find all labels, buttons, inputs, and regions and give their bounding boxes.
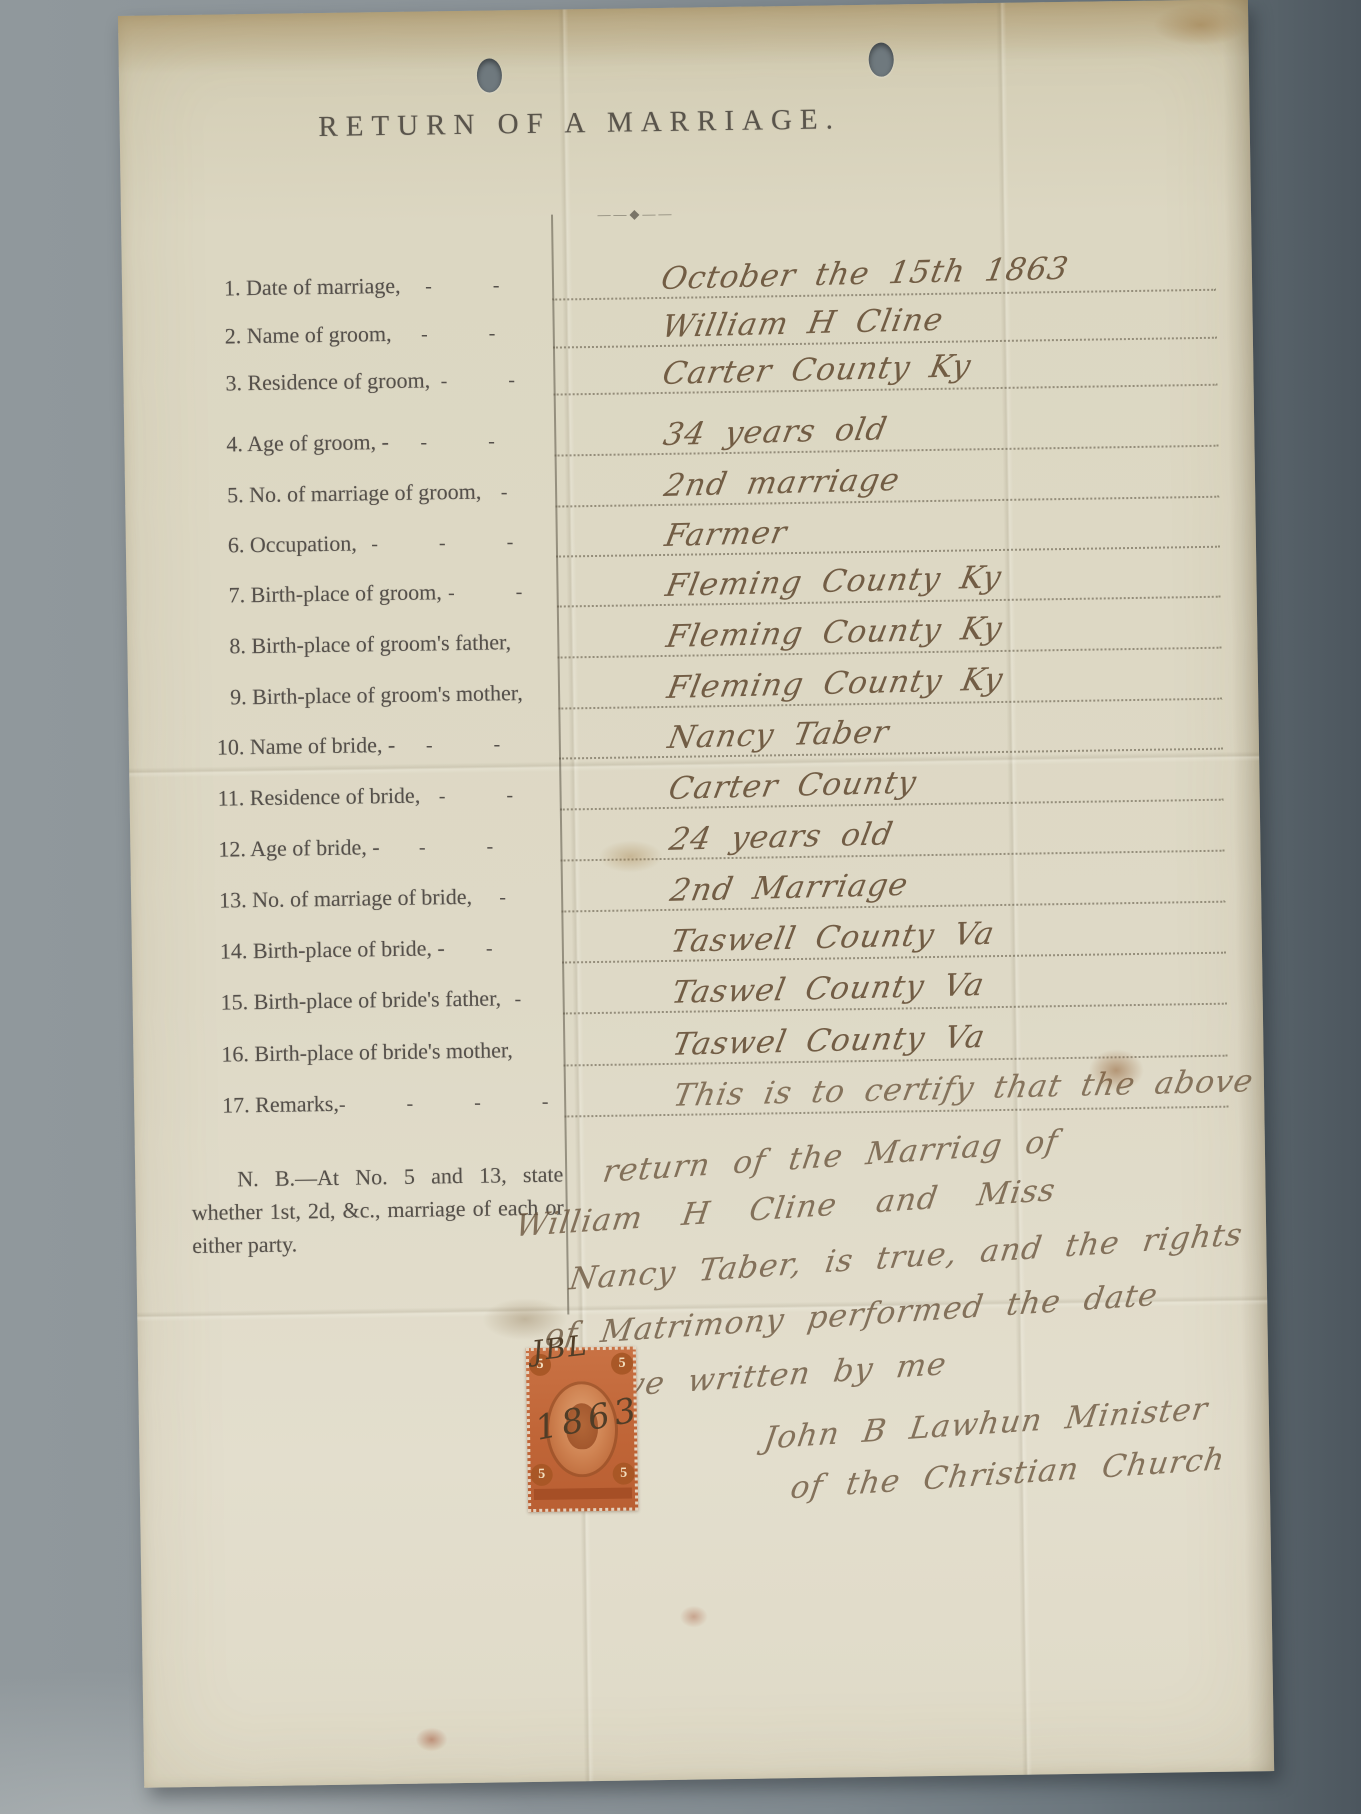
field-label: 12. Age of bride, - xyxy=(218,834,380,862)
field-value: Nancy Taber xyxy=(665,714,892,756)
dash-leader: - - xyxy=(420,784,560,809)
title-divider-ornament: —―◆―— xyxy=(561,205,711,223)
punch-hole-left xyxy=(477,58,503,92)
field-value: Fleming County Ky xyxy=(663,559,1005,604)
field-label: 6. Occupation, xyxy=(214,531,357,559)
stain xyxy=(680,1605,708,1627)
aged-top-edge xyxy=(118,0,1249,74)
field-label: 13. No. of marriage of bride, xyxy=(219,884,472,914)
field-label: 14. Birth-place of bride, - xyxy=(220,935,445,964)
dash-leader: - xyxy=(445,937,563,962)
field-label: 7. Birth-place of groom, xyxy=(214,579,442,608)
field-value: Taswell County Va xyxy=(668,916,998,960)
dash-leader: - - xyxy=(391,322,553,347)
punch-hole-right xyxy=(868,42,894,76)
dash-leader xyxy=(513,1057,564,1058)
dash-leader: - - xyxy=(400,274,552,299)
field-value: 2nd marriage xyxy=(661,462,903,504)
paper: RETURN OF A MARRIAGE. —―◆―— 1. Date of m… xyxy=(118,0,1274,1788)
field-label: 10. Name of bride, - xyxy=(217,732,396,761)
field-label: 9. Birth-place of groom's mother, xyxy=(216,680,523,711)
field-label: 11. Residence of bride, xyxy=(217,783,420,812)
field-label: 17. Remarks, xyxy=(222,1091,339,1119)
stain xyxy=(415,1727,447,1751)
field-value: Fleming County Ky xyxy=(664,661,1006,706)
field-label: 16. Birth-place of bride's mother, xyxy=(221,1037,513,1067)
field-value: 34 years old xyxy=(661,411,891,453)
dash-leader: - xyxy=(472,886,561,910)
footnote: N. B.—At No. 5 and 13, state whether 1st… xyxy=(191,1158,564,1263)
stamp-bottom-band xyxy=(534,1488,632,1500)
field-label: 8. Birth-place of groom's father, xyxy=(215,629,511,659)
dash-leader: - - xyxy=(380,835,561,861)
field-value: October the 15th 1863 xyxy=(658,251,1072,297)
stamp-denomination: 5 xyxy=(611,1353,633,1375)
revenue-stamp: 5 5 5 5 JBL 1863 xyxy=(526,1346,638,1512)
dash-leader: - xyxy=(481,481,555,505)
dash-leader: - - - xyxy=(357,531,556,557)
remarks-signature-line-2: of the Christian Church xyxy=(788,1441,1227,1506)
field-label: 4. Age of groom, - xyxy=(212,429,389,458)
field-value: Taswel County Va xyxy=(669,967,988,1011)
stamp-denomination: 5 xyxy=(613,1462,635,1484)
field-value: Carter County xyxy=(666,765,920,807)
field-value: Farmer xyxy=(662,515,790,554)
field-label: 2. Name of groom, xyxy=(211,321,392,350)
document-photo: RETURN OF A MARRIAGE. —―◆―— 1. Date of m… xyxy=(0,0,1361,1814)
dash-leader: - - xyxy=(442,581,557,606)
dash-leader: - xyxy=(501,988,563,1012)
field-label: 3. Residence of groom, xyxy=(211,367,430,396)
dash-leader xyxy=(523,700,558,701)
dash-leader: - - xyxy=(389,430,555,455)
stamp-denomination: 5 xyxy=(531,1464,553,1486)
field-value: Taswel County Va xyxy=(670,1019,989,1063)
field-label: 5. No. of marriage of groom, xyxy=(213,479,482,509)
dash-leader: - - xyxy=(430,369,554,394)
field-value: 24 years old xyxy=(667,816,897,858)
field-label: 1. Date of marriage, xyxy=(210,273,401,302)
field-value: Fleming County Ky xyxy=(664,610,1006,655)
field-value: 2nd Marriage xyxy=(667,867,911,909)
field-value: Carter County Ky xyxy=(660,348,975,392)
dash-leader xyxy=(511,649,557,650)
dash-leader: - - - - xyxy=(339,1091,565,1117)
field-label: 15. Birth-place of bride's father, xyxy=(220,985,501,1015)
field-value: William H Cline xyxy=(659,302,947,345)
page-title: RETURN OF A MARRIAGE. xyxy=(289,103,869,145)
dash-leader: - - xyxy=(395,733,559,758)
